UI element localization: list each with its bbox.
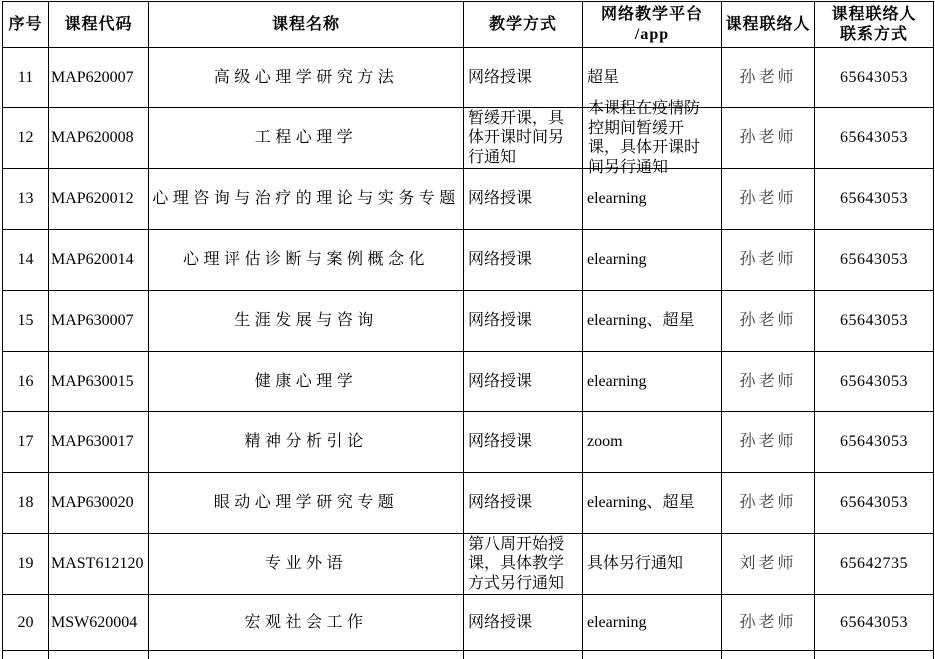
table-body: 11 MAP620007 高级心理学研究方法 网络授课 超星 孙老师 65643… <box>3 48 934 659</box>
table-row: 18 MAP630020 眼动心理学研究专题 网络授课 elearning、超星… <box>3 473 934 534</box>
cell-serial: 13 <box>3 169 49 230</box>
cell-name: 高级心理学研究方法 <box>149 48 464 108</box>
cell-platform: zoom <box>583 412 722 473</box>
cell-method: 第八周开始授 课，具体教学 方式另行通知 <box>464 534 583 595</box>
cell-code: MAP630017 <box>49 412 149 473</box>
cell-platform: elearning <box>583 169 722 230</box>
col-header-contact: 课程联络人 <box>722 2 815 48</box>
col-header-platform: 网络教学平台 /app <box>583 2 722 48</box>
cell-contact: 孙老师 <box>722 169 815 230</box>
course-table: 序号 课程代码 课程名称 教学方式 网络教学平台 /app 课程联络人 课程联络… <box>2 1 934 659</box>
table-header: 序号 课程代码 课程名称 教学方式 网络教学平台 /app 课程联络人 课程联络… <box>3 2 934 48</box>
cell-platform: elearning、超星 <box>583 291 722 352</box>
cell-serial: 15 <box>3 291 49 352</box>
cell-platform: elearning <box>583 595 722 651</box>
col-header-phone: 课程联络人 联系方式 <box>815 2 934 48</box>
cell-platform <box>583 108 722 169</box>
cell-phone: 65642735 <box>815 534 934 595</box>
table-row-partial <box>3 651 934 659</box>
cell-serial: 18 <box>3 473 49 534</box>
cell-phone: 65643053 <box>815 230 934 291</box>
cell-serial: 11 <box>3 48 49 108</box>
cell-code: MAP620007 <box>49 48 149 108</box>
cell-contact: 孙老师 <box>722 48 815 108</box>
table-row: 12 MAP620008 工程心理学 暂缓开课，具 体开课时间另 行通知 孙老师… <box>3 108 934 169</box>
cell-platform: 超星 <box>583 48 722 108</box>
cell-code: MAP630015 <box>49 352 149 412</box>
table-row: 16 MAP630015 健康心理学 网络授课 elearning 孙老师 65… <box>3 352 934 412</box>
cell-empty <box>722 651 815 659</box>
cell-name: 专业外语 <box>149 534 464 595</box>
cell-phone: 65643053 <box>815 595 934 651</box>
cell-platform: 具体另行通知 <box>583 534 722 595</box>
cell-code: MAP620012 <box>49 169 149 230</box>
col-header-method: 教学方式 <box>464 2 583 48</box>
cell-name: 工程心理学 <box>149 108 464 169</box>
cell-serial: 16 <box>3 352 49 412</box>
cell-method: 网络授课 <box>464 473 583 534</box>
course-schedule-page: 本课程在疫情防 控期间暂缓开 课，具体开课时 间另行通知 序号 课程代码 课程名… <box>0 0 935 659</box>
cell-serial: 20 <box>3 595 49 651</box>
cell-code: MAST612120 <box>49 534 149 595</box>
cell-serial: 19 <box>3 534 49 595</box>
cell-empty <box>815 651 934 659</box>
cell-name: 生涯发展与咨询 <box>149 291 464 352</box>
cell-empty <box>464 651 583 659</box>
table-row: 11 MAP620007 高级心理学研究方法 网络授课 超星 孙老师 65643… <box>3 48 934 108</box>
cell-name: 心理评估诊断与案例概念化 <box>149 230 464 291</box>
table-row: 14 MAP620014 心理评估诊断与案例概念化 网络授课 elearning… <box>3 230 934 291</box>
cell-phone: 65643053 <box>815 352 934 412</box>
cell-method: 网络授课 <box>464 291 583 352</box>
cell-phone: 65643053 <box>815 108 934 169</box>
cell-serial: 12 <box>3 108 49 169</box>
cell-contact: 孙老师 <box>722 595 815 651</box>
cell-name: 眼动心理学研究专题 <box>149 473 464 534</box>
cell-name: 宏观社会工作 <box>149 595 464 651</box>
cell-name: 健康心理学 <box>149 352 464 412</box>
cell-method: 暂缓开课，具 体开课时间另 行通知 <box>464 108 583 169</box>
table-row: 20 MSW620004 宏观社会工作 网络授课 elearning 孙老师 6… <box>3 595 934 651</box>
table-row: 15 MAP630007 生涯发展与咨询 网络授课 elearning、超星 孙… <box>3 291 934 352</box>
cell-serial: 14 <box>3 230 49 291</box>
cell-phone: 65643053 <box>815 291 934 352</box>
cell-method: 网络授课 <box>464 352 583 412</box>
cell-method: 网络授课 <box>464 412 583 473</box>
cell-empty <box>149 651 464 659</box>
cell-platform: elearning <box>583 230 722 291</box>
table-row: 17 MAP630017 精神分析引论 网络授课 zoom 孙老师 656430… <box>3 412 934 473</box>
cell-contact: 孙老师 <box>722 291 815 352</box>
cell-empty <box>3 651 49 659</box>
col-header-serial: 序号 <box>3 2 49 48</box>
header-row: 序号 课程代码 课程名称 教学方式 网络教学平台 /app 课程联络人 课程联络… <box>3 2 934 48</box>
cell-phone: 65643053 <box>815 48 934 108</box>
cell-code: MAP620008 <box>49 108 149 169</box>
cell-method: 网络授课 <box>464 169 583 230</box>
cell-code: MSW620004 <box>49 595 149 651</box>
col-header-name: 课程名称 <box>149 2 464 48</box>
cell-phone: 65643053 <box>815 169 934 230</box>
cell-contact: 孙老师 <box>722 473 815 534</box>
cell-phone: 65643053 <box>815 412 934 473</box>
cell-contact: 孙老师 <box>722 230 815 291</box>
cell-phone: 65643053 <box>815 473 934 534</box>
col-header-code: 课程代码 <box>49 2 149 48</box>
cell-contact: 刘老师 <box>722 534 815 595</box>
cell-contact: 孙老师 <box>722 352 815 412</box>
cell-platform: elearning <box>583 352 722 412</box>
cell-name: 心理咨询与治疗的理论与实务专题 <box>149 169 464 230</box>
cell-method: 网络授课 <box>464 48 583 108</box>
cell-code: MAP620014 <box>49 230 149 291</box>
cell-contact: 孙老师 <box>722 108 815 169</box>
cell-contact: 孙老师 <box>722 412 815 473</box>
table-row: 13 MAP620012 心理咨询与治疗的理论与实务专题 网络授课 elearn… <box>3 169 934 230</box>
cell-empty <box>583 651 722 659</box>
cell-platform: elearning、超星 <box>583 473 722 534</box>
cell-empty <box>49 651 149 659</box>
cell-method: 网络授课 <box>464 595 583 651</box>
cell-code: MAP630020 <box>49 473 149 534</box>
cell-name: 精神分析引论 <box>149 412 464 473</box>
cell-code: MAP630007 <box>49 291 149 352</box>
cell-method: 网络授课 <box>464 230 583 291</box>
table-row: 19 MAST612120 专业外语 第八周开始授 课，具体教学 方式另行通知 … <box>3 534 934 595</box>
cell-serial: 17 <box>3 412 49 473</box>
